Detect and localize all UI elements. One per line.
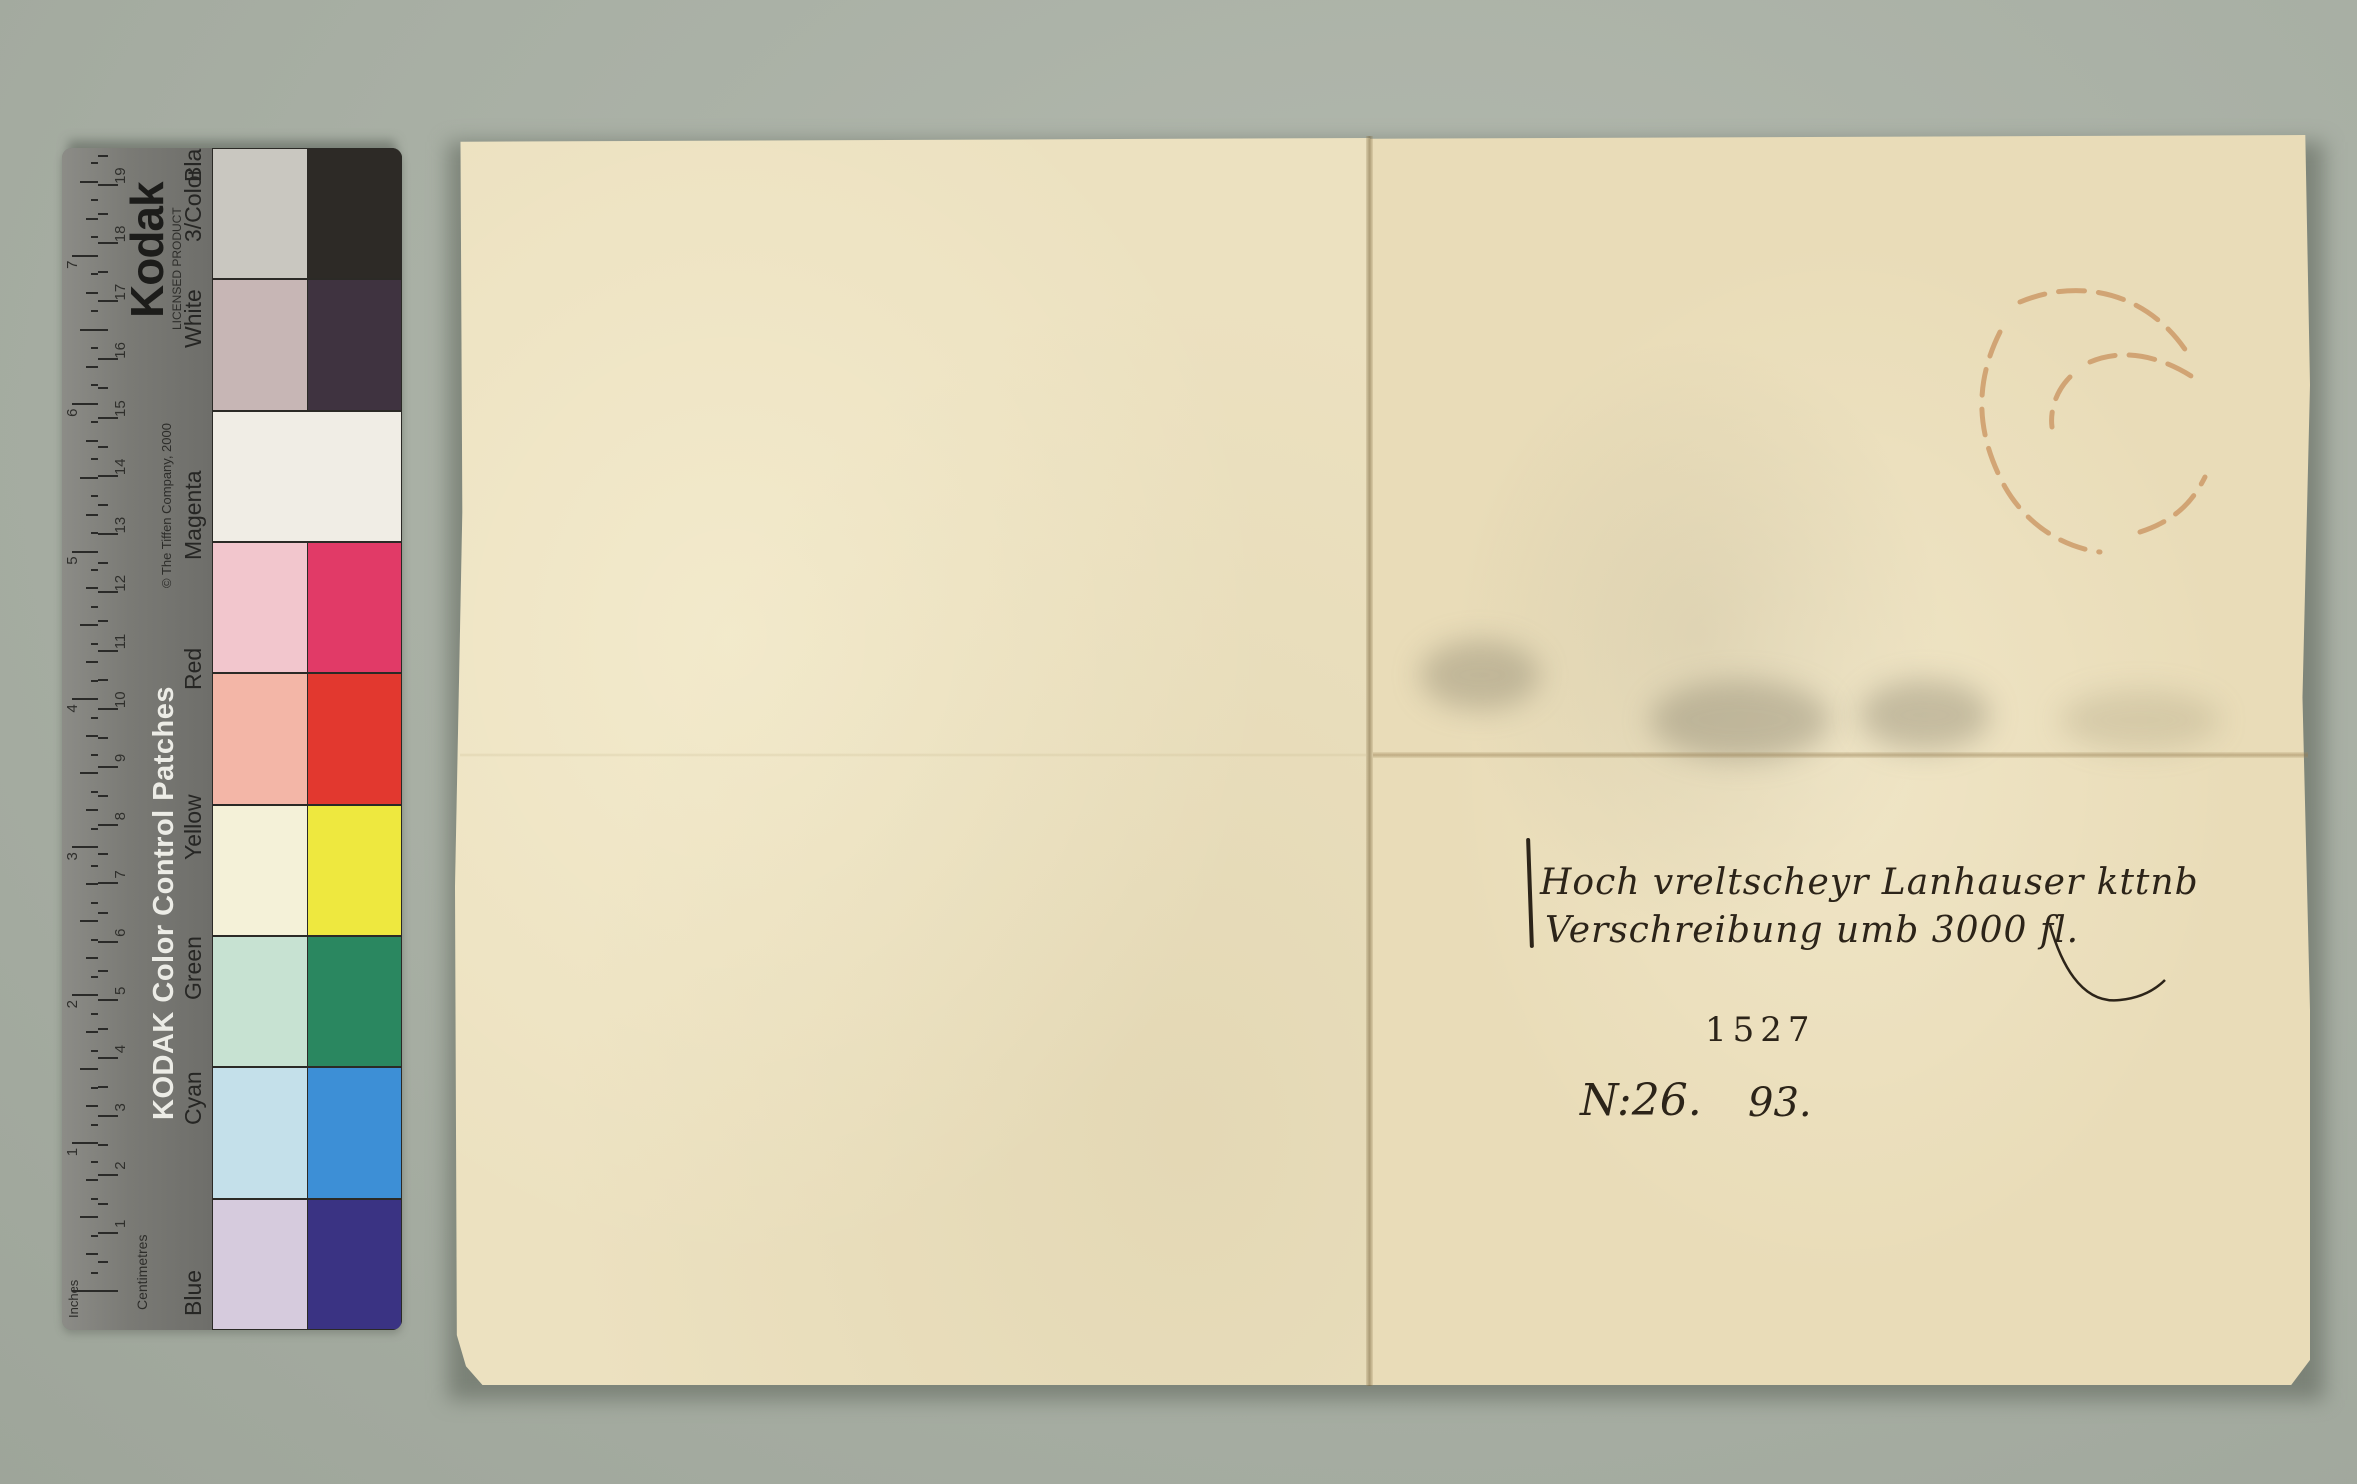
patch-yellow-light — [212, 805, 308, 936]
ruler-band: 12345678 12345678910111213141516171819 I… — [62, 148, 212, 1330]
patch-white — [212, 411, 402, 542]
cm-tick-label: 6 — [112, 928, 129, 936]
inch-tick — [91, 236, 98, 238]
cm-tick-label: 3 — [112, 1103, 129, 1111]
patch-blue-light — [212, 1199, 308, 1330]
inch-tick — [80, 181, 98, 183]
cm-tick — [98, 388, 108, 390]
cm-tick-label: 10 — [112, 691, 129, 708]
cm-tick — [98, 329, 108, 331]
centimetre-scale: 12345678910111213141516171819 — [98, 148, 134, 1330]
patch-label-green: Green — [180, 936, 207, 1000]
kodak-color-control-strip: 12345678 12345678910111213141516171819 I… — [62, 148, 402, 1330]
inch-tick — [86, 588, 98, 590]
cm-tick — [98, 679, 108, 681]
seal-stain-icon — [1950, 262, 2220, 562]
inch-tick-label: 5 — [64, 556, 81, 564]
cm-tick — [98, 970, 108, 972]
cm-tick — [98, 766, 118, 768]
patch-red-dark — [307, 673, 402, 805]
patch-yellow-dark — [307, 805, 402, 936]
cm-tick — [98, 213, 108, 215]
inch-tick — [91, 1013, 98, 1015]
inch-tick — [91, 643, 98, 645]
vertical-fold-line — [1366, 136, 1373, 1386]
inch-tick — [86, 292, 98, 294]
annotation-number: 93. — [1748, 1080, 1812, 1126]
cm-tick-label: 16 — [112, 342, 129, 359]
inch-tick — [91, 273, 98, 275]
inch-tick — [91, 976, 98, 978]
patch-magenta-dark — [307, 542, 402, 673]
inch-tick — [80, 772, 98, 774]
cm-tick — [98, 650, 118, 652]
inch-tick-label: 4 — [64, 704, 81, 712]
annotation-line-2: Verschreibung umb 3000 fl. — [1545, 910, 2079, 951]
inch-tick — [91, 1050, 98, 1052]
patch-3color-dark — [307, 279, 402, 411]
manuscript-left-leaf — [455, 138, 1370, 1385]
inch-tick — [91, 199, 98, 201]
patch-label-black: Black — [180, 148, 207, 182]
inch-tick — [86, 1031, 98, 1033]
inch-tick — [91, 1235, 98, 1237]
cm-tick — [98, 824, 118, 826]
cm-tick — [98, 155, 108, 157]
cm-tick — [98, 1290, 118, 1292]
patch-label-blue: Blue — [180, 1270, 207, 1316]
cm-tick — [98, 1232, 118, 1234]
stain — [2060, 690, 2220, 750]
inch-tick-label: 3 — [64, 852, 81, 860]
cm-tick — [98, 737, 108, 739]
inch-tick — [91, 791, 98, 793]
inch-tick-label: 2 — [64, 1000, 81, 1008]
inch-tick — [91, 717, 98, 719]
inch-tick — [91, 384, 98, 386]
inch-tick — [91, 606, 98, 608]
copyright-text: © The Tiffen Company, 2000 — [159, 423, 174, 588]
inch-tick — [72, 255, 98, 257]
cm-tick — [98, 1144, 108, 1146]
flourish-icon — [2040, 920, 2170, 1020]
cm-tick-label: 11 — [112, 634, 129, 650]
inches-label: Inches — [66, 1280, 81, 1318]
horizontal-fold-line — [1373, 752, 2308, 758]
inch-tick — [86, 661, 98, 663]
cm-tick — [98, 795, 108, 797]
cm-tick-label: 15 — [112, 400, 129, 417]
cm-tick-label: 13 — [112, 517, 129, 534]
inch-tick — [91, 310, 98, 312]
inch-tick — [91, 865, 98, 867]
inch-tick — [86, 218, 98, 220]
inch-tick — [91, 1198, 98, 1200]
inch-tick — [91, 1272, 98, 1274]
inch-tick — [86, 514, 98, 516]
inch-tick — [80, 920, 98, 922]
cm-tick — [98, 882, 118, 884]
inch-tick — [91, 458, 98, 460]
inch-tick — [72, 994, 98, 996]
inch-tick — [86, 1105, 98, 1107]
inch-tick — [91, 680, 98, 682]
patch-label-red: Red — [180, 648, 207, 690]
inch-tick — [86, 957, 98, 959]
inch-tick — [86, 1253, 98, 1255]
inch-tick — [91, 532, 98, 534]
inch-tick — [91, 1161, 98, 1163]
inch-tick-label: 6 — [64, 408, 81, 416]
cm-tick-label: 5 — [112, 987, 129, 995]
inch-tick — [91, 421, 98, 423]
patch-green-light — [212, 936, 308, 1067]
cm-tick — [98, 1028, 108, 1030]
patch-black-light — [212, 148, 308, 279]
inch-tick — [86, 735, 98, 737]
cm-tick — [98, 853, 108, 855]
color-patches — [212, 148, 402, 1330]
stain — [1650, 680, 1830, 760]
inch-tick — [86, 366, 98, 368]
inch-tick — [91, 569, 98, 571]
inch-tick-label: 7 — [64, 261, 81, 269]
cm-tick-label: 1 — [112, 1220, 129, 1228]
cm-tick-label: 12 — [112, 575, 129, 592]
cm-tick-label: 4 — [112, 1045, 129, 1053]
cm-tick — [98, 446, 108, 448]
inch-tick — [91, 828, 98, 830]
inch-tick — [86, 440, 98, 442]
patch-3color-light — [212, 279, 308, 411]
inch-tick — [91, 902, 98, 904]
inch-tick — [72, 403, 98, 405]
patch-green-dark — [307, 936, 402, 1067]
cm-tick — [98, 912, 108, 914]
inch-tick — [86, 1179, 98, 1181]
patch-magenta-light — [212, 542, 308, 673]
cm-tick — [98, 620, 108, 622]
cm-tick — [98, 1057, 118, 1059]
inch-tick — [91, 347, 98, 349]
cm-tick — [98, 1261, 108, 1263]
inch-tick — [91, 1124, 98, 1126]
inch-tick — [80, 477, 98, 479]
inch-tick — [72, 551, 98, 553]
cm-tick-label: 9 — [112, 754, 129, 762]
cm-tick — [98, 999, 118, 1001]
annotation-line-1: Hoch vreltscheyr Lanhauser kttnb — [1540, 862, 2199, 903]
inch-tick — [80, 624, 98, 626]
cm-tick — [98, 271, 108, 273]
cm-tick-label: 8 — [112, 812, 129, 820]
patch-label-white: White — [180, 289, 207, 348]
cm-tick-label: 2 — [112, 1161, 129, 1169]
inch-tick — [91, 162, 98, 164]
patch-blue-dark — [307, 1199, 402, 1330]
annotation-reference: N:26. — [1580, 1075, 1702, 1126]
stain — [1420, 640, 1540, 710]
inch-tick-label: 1 — [64, 1148, 81, 1156]
inch-tick — [91, 754, 98, 756]
strip-title: KODAK Color Control Patches — [148, 686, 181, 1120]
kodak-logo: Kodak — [120, 182, 174, 318]
cm-tick-label: 7 — [112, 870, 129, 878]
cm-tick — [98, 1086, 108, 1088]
cm-tick-label: 14 — [112, 458, 129, 475]
patch-cyan-dark — [307, 1067, 402, 1199]
patch-red-light — [212, 673, 308, 805]
inch-tick — [72, 846, 98, 848]
annotation-year: 1527 — [1705, 1010, 1816, 1050]
inch-tick — [72, 1142, 98, 1144]
centimetres-label: Centimetres — [134, 1235, 150, 1310]
inch-tick — [91, 1087, 98, 1089]
cm-tick — [98, 1115, 118, 1117]
patch-black-dark — [307, 148, 402, 279]
inch-tick — [80, 329, 98, 331]
inch-scale: 12345678 — [62, 148, 98, 1330]
inch-tick — [80, 1068, 98, 1070]
inch-tick — [91, 939, 98, 941]
inch-tick — [80, 1216, 98, 1218]
cm-tick — [98, 1203, 108, 1205]
cm-tick — [98, 504, 108, 506]
patch-cyan-light — [212, 1067, 308, 1199]
cm-tick — [98, 941, 118, 943]
inch-tick — [86, 883, 98, 885]
patch-label-yellow: Yellow — [180, 794, 207, 860]
cm-tick — [98, 562, 108, 564]
inch-tick — [91, 495, 98, 497]
horizontal-fold-line-faint — [460, 753, 1366, 757]
inch-tick — [72, 698, 98, 700]
cm-tick — [98, 1174, 118, 1176]
patch-label-magenta: Magenta — [180, 470, 207, 560]
patch-label-cyan: Cyan — [180, 1071, 207, 1125]
stain — [1860, 680, 1990, 750]
inch-tick — [86, 809, 98, 811]
